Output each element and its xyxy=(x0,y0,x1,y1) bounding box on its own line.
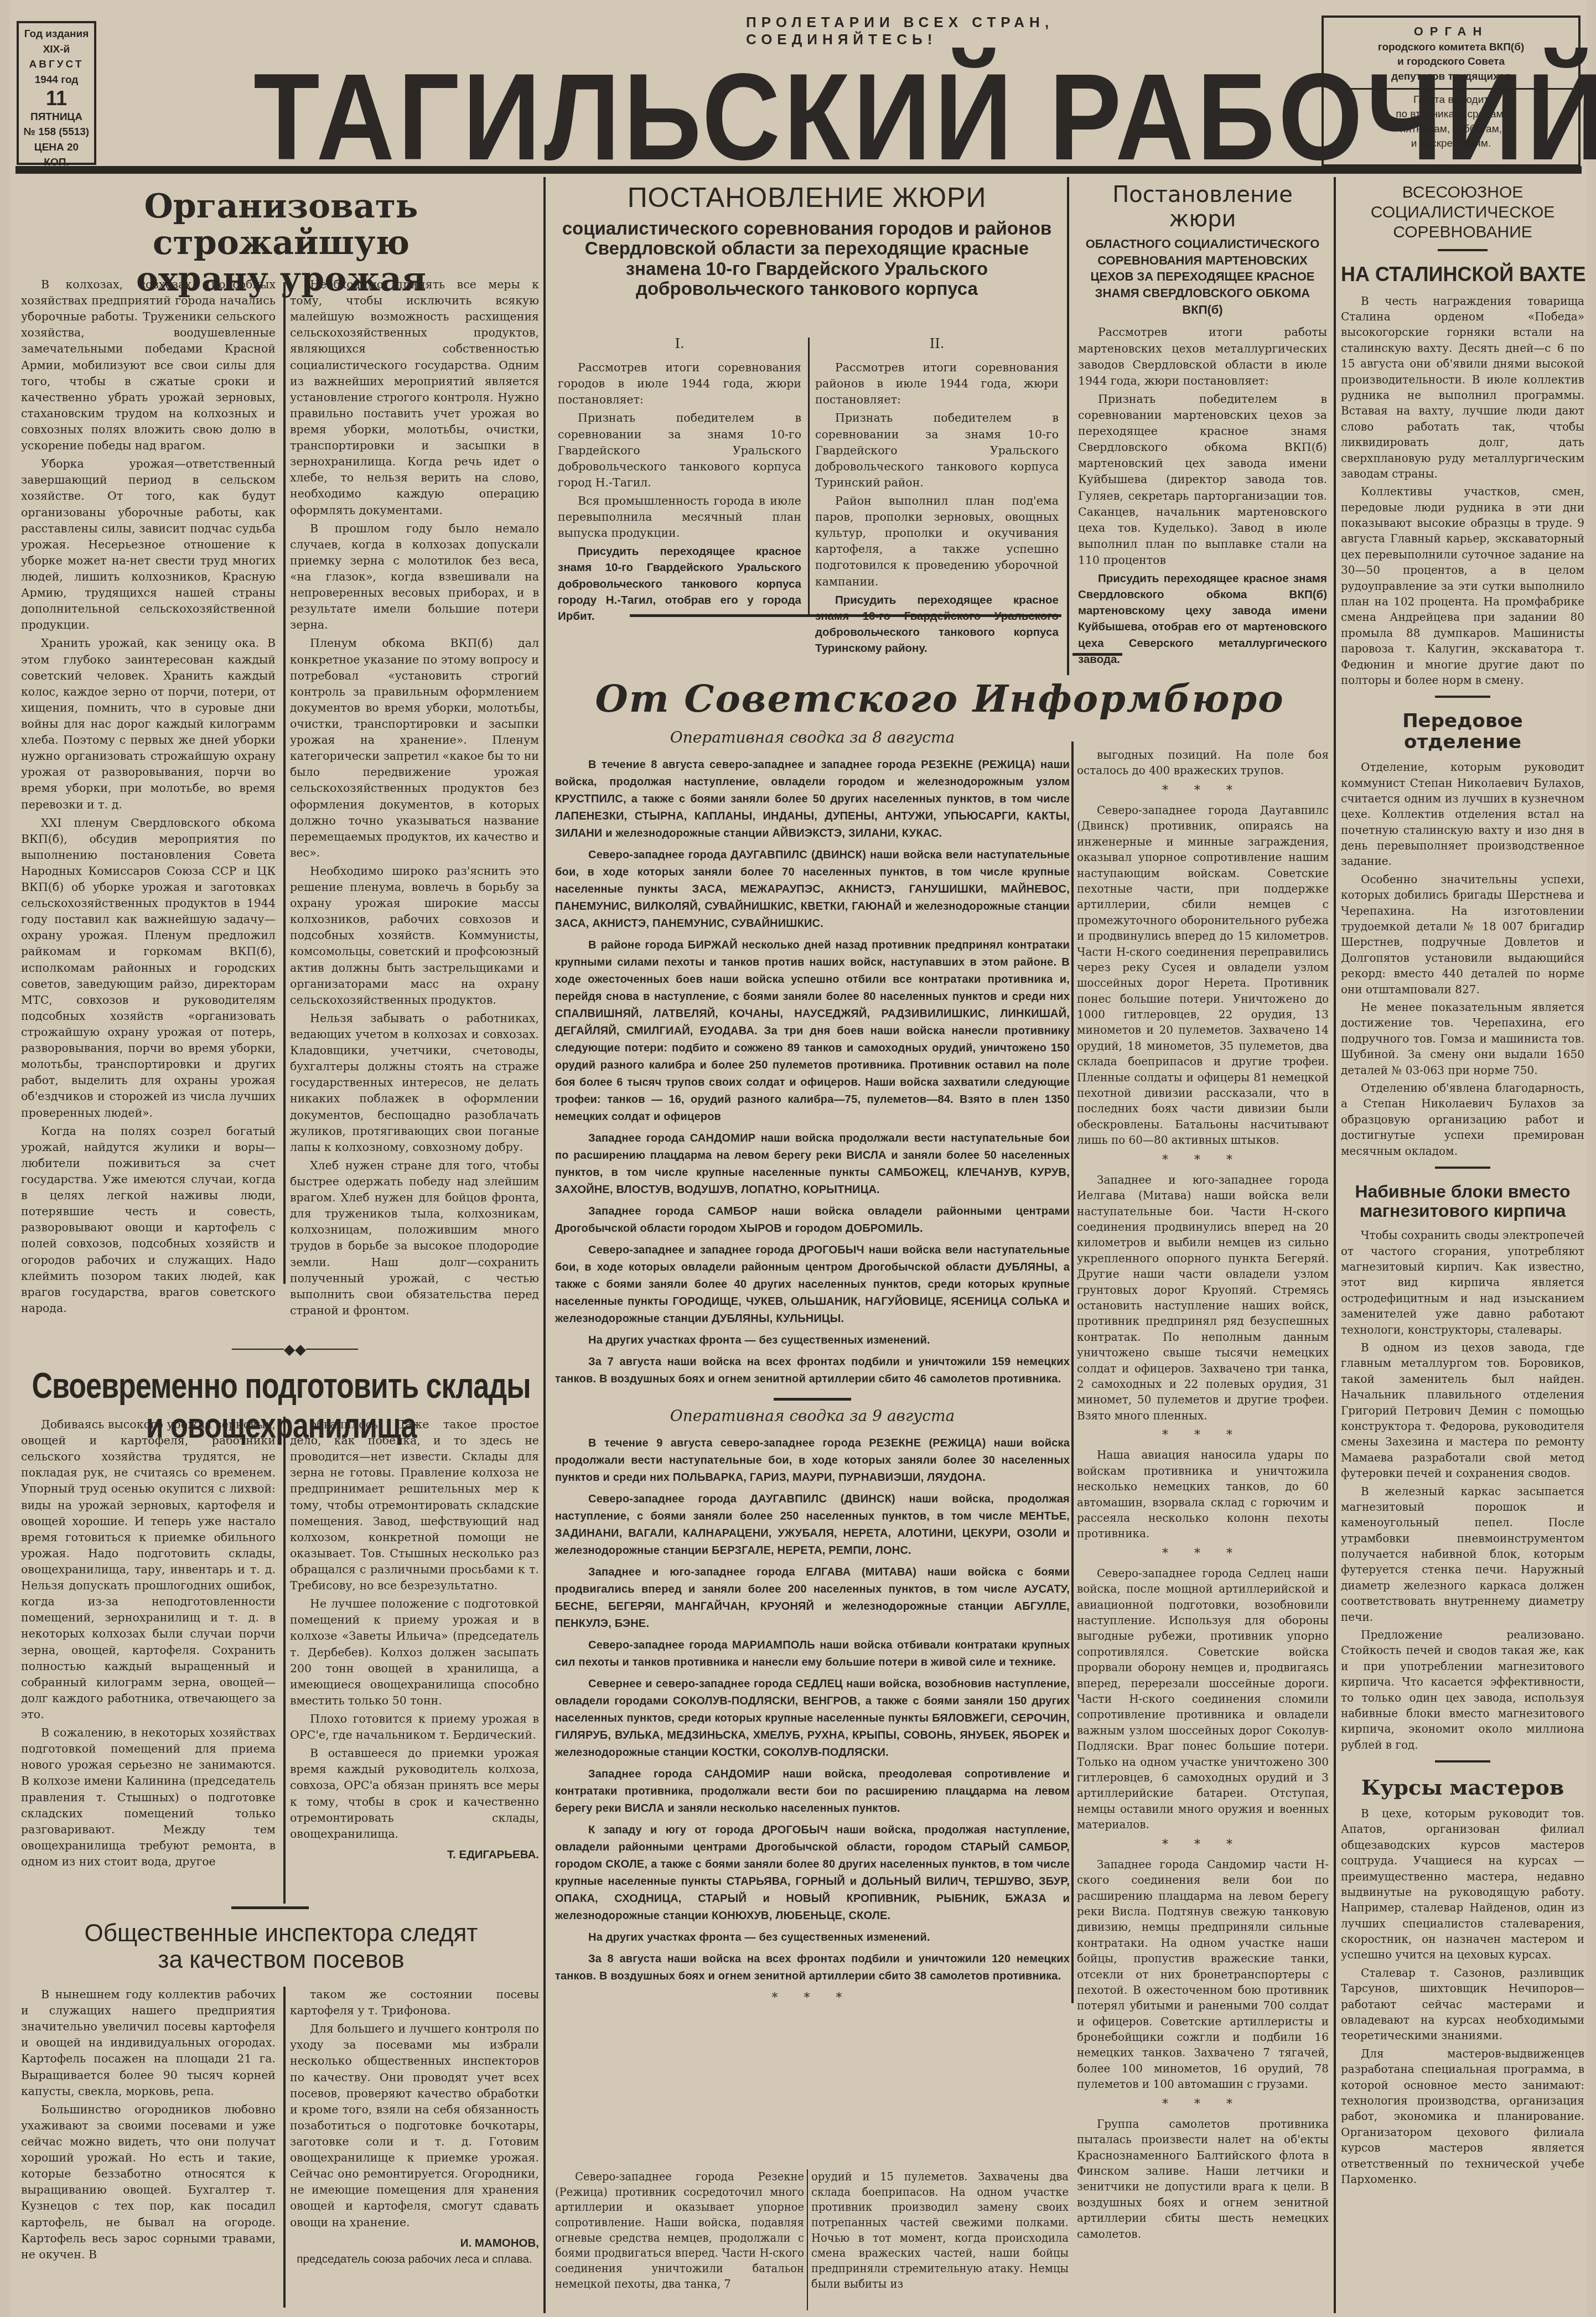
resolution-cities-headline: ПОСТАНОВЛЕНИЕ ЖЮРИ xyxy=(552,183,1061,213)
paragraph: Для мастеров-выдвиженцев разработана спе… xyxy=(1341,2046,1584,2188)
paragraph: обвалилось. Даже такое простое дело, как… xyxy=(290,1417,539,1594)
paragraph: Рассмотрев итоги соревнования районов в … xyxy=(815,360,1059,408)
column-divider xyxy=(808,338,810,614)
column-divider xyxy=(807,2169,808,2310)
report-paragraph: За 8 августа наши войска на всех фронтах… xyxy=(555,1951,1070,1985)
report-paragraph: Западнее города САМБОР наши войска овлад… xyxy=(555,1203,1070,1237)
newspaper-title: ТАГИЛЬСКИЙ РАБОЧИЙ xyxy=(253,55,1305,179)
paragraph: Вся промышленность города в июле перевып… xyxy=(558,493,801,541)
organ-divider xyxy=(1329,88,1573,90)
paragraph: Район выполнил план под'ема паров, пропо… xyxy=(815,493,1059,590)
paragraph: XXI пленум Свердловского обкома ВКП(б), … xyxy=(21,815,276,1121)
harvest-column-1: В колхозах, совхозах, подсобных хозяйств… xyxy=(21,277,276,1319)
report-aug-8: Оперативная сводка за 8 августаВ течение… xyxy=(555,722,1070,2010)
paragraph: Необходимо широко раз'яснить это решение… xyxy=(290,863,539,1008)
resolution-decision: Присудить переходящее красное знамя 10-г… xyxy=(558,543,801,624)
resolution-part-2: II.Рассмотрев итоги соревнования районов… xyxy=(815,332,1059,659)
resolution-part-1: I.Рассмотрев итоги соревнования городов … xyxy=(558,332,801,626)
paragraph: В железный каркас засыпается магнезитовы… xyxy=(1341,1484,1584,1625)
right-column: ВСЕСОЮЗНОЕ СОЦИАЛИСТИЧЕСКОЕ СОРЕВНОВАНИЕ… xyxy=(1341,183,1584,2189)
paragraph: В честь награждения товарища Сталина орд… xyxy=(1341,293,1584,482)
paragraph: Северо-западнее города Седлец наши войск… xyxy=(1077,1566,1329,1833)
issue-weekday: ПЯТНИЦА xyxy=(23,110,90,125)
report-title: Оперативная сводка за 9 августа xyxy=(555,1405,1070,1427)
inspectors-column-2: таком же состоянии посевы картофеля у т.… xyxy=(290,1987,539,2267)
article-inspectors: Общественные инспектора следят за качест… xyxy=(21,1920,541,1974)
schedule-line-4: и воскресеньям. xyxy=(1329,137,1573,152)
issue-month: АВГУСТ xyxy=(23,57,90,72)
author-signature: И. МАМОНОВ, xyxy=(290,2235,539,2251)
report-paragraph: Северо-западнее города МАРИАМПОЛЬ наши в… xyxy=(555,1637,1070,1671)
column-divider xyxy=(1071,742,1074,2003)
sovinformburo-bottom-column-2: орудий и 15 пулеметов. Захвачены два скл… xyxy=(811,2169,1069,2294)
report-paragraph: Западнее и юго-западнее города ЕЛГАВА (М… xyxy=(555,1564,1070,1632)
schedule-line-1: Газета выходит xyxy=(1329,93,1573,108)
schedule-line-2: по вторникам, средам, xyxy=(1329,107,1573,122)
paragraph: выгодных позиций. На поле боя осталось д… xyxy=(1077,747,1329,779)
paragraph: В оставшееся до приемки урожая время каж… xyxy=(290,1745,539,1842)
resolution-cities-subheadline: социалистического соревнования городов и… xyxy=(558,219,1056,299)
section-divider-vertical xyxy=(1334,177,1336,2313)
report-paragraph: Северо-западнее города ДАУГАВПИЛС (ДВИНС… xyxy=(555,1491,1070,1559)
section-divider-vertical xyxy=(543,177,546,2313)
harvest-column-2: Необходимо принять все меры к тому, чтоб… xyxy=(290,277,539,1321)
paragraph: Признать победителем в соревновании за з… xyxy=(815,410,1059,491)
steel-headline: Постановление жюри xyxy=(1078,183,1327,231)
section-divider xyxy=(231,1906,309,1909)
stars-divider: * * * xyxy=(1077,1836,1329,1853)
sovinformburo: От Советского Информбюро xyxy=(552,672,1327,726)
paragraph: В прошлом году было немало случаев, когд… xyxy=(290,521,539,634)
paragraph: таком же состоянии посевы картофеля у т.… xyxy=(290,1987,539,2019)
report-paragraph: На других участках фронта — без существе… xyxy=(555,1929,1070,1946)
paragraph: В нынешнем году коллектив рабочих и служ… xyxy=(21,1987,276,2100)
stars-divider: * * * xyxy=(1077,1152,1329,1169)
paragraph: Рассмотрев итоги соревнования городов в … xyxy=(558,360,801,408)
column-divider xyxy=(283,1417,286,1904)
sovinformburo-bottom-column-1: Северо-западнее города Резекне (Режица) … xyxy=(555,2169,804,2294)
stars-divider: * * * xyxy=(555,1989,1070,2007)
inspectors-headline-1: Общественные инспектора следят xyxy=(21,1920,541,1947)
issue-info-box: Год издания XIX-й АВГУСТ 1944 год 11 ПЯТ… xyxy=(17,21,96,165)
stars-divider: * * * xyxy=(1077,1545,1329,1562)
paragraph: Отделение, которым руководит коммунист С… xyxy=(1341,759,1584,869)
paragraph: Не лучшее положение с подготовкой помеще… xyxy=(290,1596,539,1709)
resolution-decision: Присудить переходящее красное знамя 10-г… xyxy=(815,592,1059,656)
column-divider xyxy=(283,282,286,1284)
section-numeral: II. xyxy=(815,334,1059,353)
paragraph: Когда на полях созрел богатый урожай, на… xyxy=(21,1123,276,1316)
paragraph: Северо-западнее города Резекне (Режица) … xyxy=(555,2169,804,2292)
organ-line-3: депутатов трудящихся xyxy=(1329,70,1573,85)
paragraph: Необходимо принять все меры к тому, чтоб… xyxy=(290,277,539,519)
leading-section-headline: Передовое отделение xyxy=(1341,711,1584,753)
report-paragraph: На других участках фронта — без существе… xyxy=(555,1332,1070,1349)
paragraph: В сожалению, в некоторых хозяйствах подг… xyxy=(21,1725,276,1870)
section-divider xyxy=(1435,1167,1490,1169)
report-paragraph: В течение 8 августа северо-западнее и за… xyxy=(555,756,1070,842)
organ-line-2: и городского Совета xyxy=(1329,55,1573,70)
schedule-line-3: пятницам, субботам, xyxy=(1329,122,1573,137)
stars-divider: * * * xyxy=(1077,1427,1329,1444)
resolution-cities: ПОСТАНОВЛЕНИЕ ЖЮРИ социалистического сор… xyxy=(552,183,1061,307)
report-paragraph: Севернее и северо-западнее города СЕДЛЕЦ… xyxy=(555,1676,1070,1761)
master-courses-headline: Курсы мастеров xyxy=(1341,1776,1584,1799)
paragraph: Добиваясь высокого урожая зерновых, овощ… xyxy=(21,1417,276,1723)
paragraph: Чтобы сохранить своды электропечей от ча… xyxy=(1341,1227,1584,1338)
section-divider xyxy=(1435,1760,1490,1763)
section-numeral: I. xyxy=(558,334,801,353)
publication-year: Год издания XIX-й xyxy=(23,27,90,57)
report-paragraph: В течение 9 августа северо-западнее горо… xyxy=(555,1435,1070,1486)
report-paragraph: Северо-западнее и западнее города ДРОГОБ… xyxy=(555,1242,1070,1328)
paragraph: Предложение реализовано. Стойкость печей… xyxy=(1341,1627,1584,1753)
resolution-steel: Постановление жюриОБЛАСТНОГО СОЦИАЛИСТИЧ… xyxy=(1078,183,1327,670)
competition-banner: ВСЕСОЮЗНОЕ СОЦИАЛИСТИЧЕСКОЕ СОРЕВНОВАНИЕ xyxy=(1341,183,1584,242)
issue-year: 1944 год xyxy=(23,72,90,88)
paragraph: Отделению об'явлена благодарность, а Сте… xyxy=(1341,1080,1584,1159)
paragraph: Нельзя забывать о работниках, ведающих у… xyxy=(290,1010,539,1155)
paragraph: Хранить урожай, как зеницу ока. В этом г… xyxy=(21,635,276,812)
report-paragraph: Северо-западнее города ДАУГАВПИЛС (ДВИНС… xyxy=(555,847,1070,932)
report-paragraph: К западу и югу от города ДРОГОБЫЧ наши в… xyxy=(555,1822,1070,1925)
section-divider xyxy=(630,614,1061,617)
organ-line-1: городского комитета ВКП(б) xyxy=(1329,40,1573,55)
paragraph: Наша авиация наносила удары по войскам п… xyxy=(1077,1447,1329,1541)
banner-rule xyxy=(1438,249,1488,251)
paragraph: Признать победителем в соревновании за з… xyxy=(558,410,801,491)
paragraph: Западнее города Сандомир части Н-ского с… xyxy=(1077,1857,1329,2092)
paragraph: Плохо готовится к приему урожая в ОРС'е,… xyxy=(290,1711,539,1743)
storage-column-1: Добиваясь высокого урожая зерновых, овощ… xyxy=(21,1417,276,1872)
section-divider xyxy=(1435,696,1490,698)
report-paragraph: Западнее города САНДОМИР наши войска, пр… xyxy=(555,1766,1070,1817)
stalin-watch-headline: НА СТАЛИНСКОЙ ВАХТЕ xyxy=(1341,263,1584,286)
sovinformburo-side-column: выгодных позиций. На поле боя осталось д… xyxy=(1077,747,1329,2244)
report-paragraph: За 7 августа наши войска на всех фронтах… xyxy=(555,1354,1070,1388)
paragraph: Сталевар т. Сазонов, разливщик Тарсунов,… xyxy=(1341,1965,1584,2044)
paragraph: Коллективы участков, смен, передовые люд… xyxy=(1341,484,1584,688)
section-divider-vertical xyxy=(1067,177,1069,675)
column-divider xyxy=(283,1987,286,2308)
paragraph: Пленум обкома ВКП(б) дал конкретное указ… xyxy=(290,635,539,861)
paragraph: Уборка урожая—ответственный завершающий … xyxy=(21,456,276,633)
paragraph: Группа самолетов противника пыталась про… xyxy=(1077,2116,1329,2242)
organ-label: ОРГАН xyxy=(1329,23,1573,40)
paragraph: Для большего и лучшего контроля по уходу… xyxy=(290,2021,539,2230)
report-title: Оперативная сводка за 8 августа xyxy=(555,727,1070,749)
paragraph: В цехе, которым руководит тов. Апатов, о… xyxy=(1341,1806,1584,1963)
paragraph: Признать победителем в соревновании март… xyxy=(1078,391,1327,568)
paragraph: Большинство огородников любовно ухаживаю… xyxy=(21,2102,276,2263)
section-divider xyxy=(1072,653,1122,656)
steel-subheadline: ОБЛАСТНОГО СОЦИАЛИСТИЧЕСКОГО СОРЕВНОВАНИ… xyxy=(1078,236,1327,318)
ornament-divider: ──────◆◆────── xyxy=(215,1341,375,1358)
inspectors-headline-2: за качеством посевов xyxy=(21,1947,541,1973)
newspaper-page: Год издания XIX-й АВГУСТ 1944 год 11 ПЯТ… xyxy=(10,0,1587,2317)
harvest-headline-1: Организовать строжайшую xyxy=(21,188,541,261)
stars-divider: * * * xyxy=(1077,782,1329,799)
inspectors-column-1: В нынешнем году коллектив рабочих и служ… xyxy=(21,1987,276,2265)
issue-day: 11 xyxy=(23,87,90,110)
author-role: председатель союза рабочих леса и сплава… xyxy=(290,2251,539,2267)
paragraph: Рассмотрев итоги работы мартеновских цех… xyxy=(1078,324,1327,388)
masthead-rule xyxy=(15,166,1582,174)
paragraph: В одном из цехов завода, где главным мет… xyxy=(1341,1340,1584,1481)
stars-divider: * * * xyxy=(1077,2096,1329,2113)
report-paragraph: Западнее города САНДОМИР наши войска про… xyxy=(555,1130,1070,1199)
paragraph: Западнее и юго-западнее города Иелгава (… xyxy=(1077,1172,1329,1423)
slogan: ПРОЛЕТАРИИ ВСЕХ СТРАН, СОЕДИНЯЙТЕСЬ! xyxy=(746,14,1244,48)
paragraph: Северо-западнее города Даугавпилс (Двинс… xyxy=(1077,802,1329,1148)
paragraph: Не менее показательным является достижен… xyxy=(1341,999,1584,1078)
paragraph: Особенно значительны успехи, которых доб… xyxy=(1341,872,1584,997)
paragraph: орудий и 15 пулеметов. Захвачены два скл… xyxy=(811,2169,1069,2292)
paragraph: Хлеб нужен стране для того, чтобы быстре… xyxy=(290,1158,539,1319)
sovinformburo-headline: От Советского Информбюро xyxy=(552,672,1327,726)
report-paragraph: В районе города БИРЖАЙ несколько дней на… xyxy=(555,937,1070,1126)
rammed-blocks-headline: Набивные блоки вместо магнезитового кирп… xyxy=(1341,1182,1584,1221)
issue-number: № 158 (5513) xyxy=(23,125,90,140)
paragraph: В колхозах, совхозах, подсобных хозяйств… xyxy=(21,277,276,454)
organ-box: ОРГАН городского комитета ВКП(б) и город… xyxy=(1322,15,1581,167)
storage-column-2: обвалилось. Даже такое простое дело, как… xyxy=(290,1417,539,1863)
section-divider xyxy=(774,1398,851,1401)
author-signature: Т. ЕДИГАРЬЕВА. xyxy=(290,1847,539,1863)
